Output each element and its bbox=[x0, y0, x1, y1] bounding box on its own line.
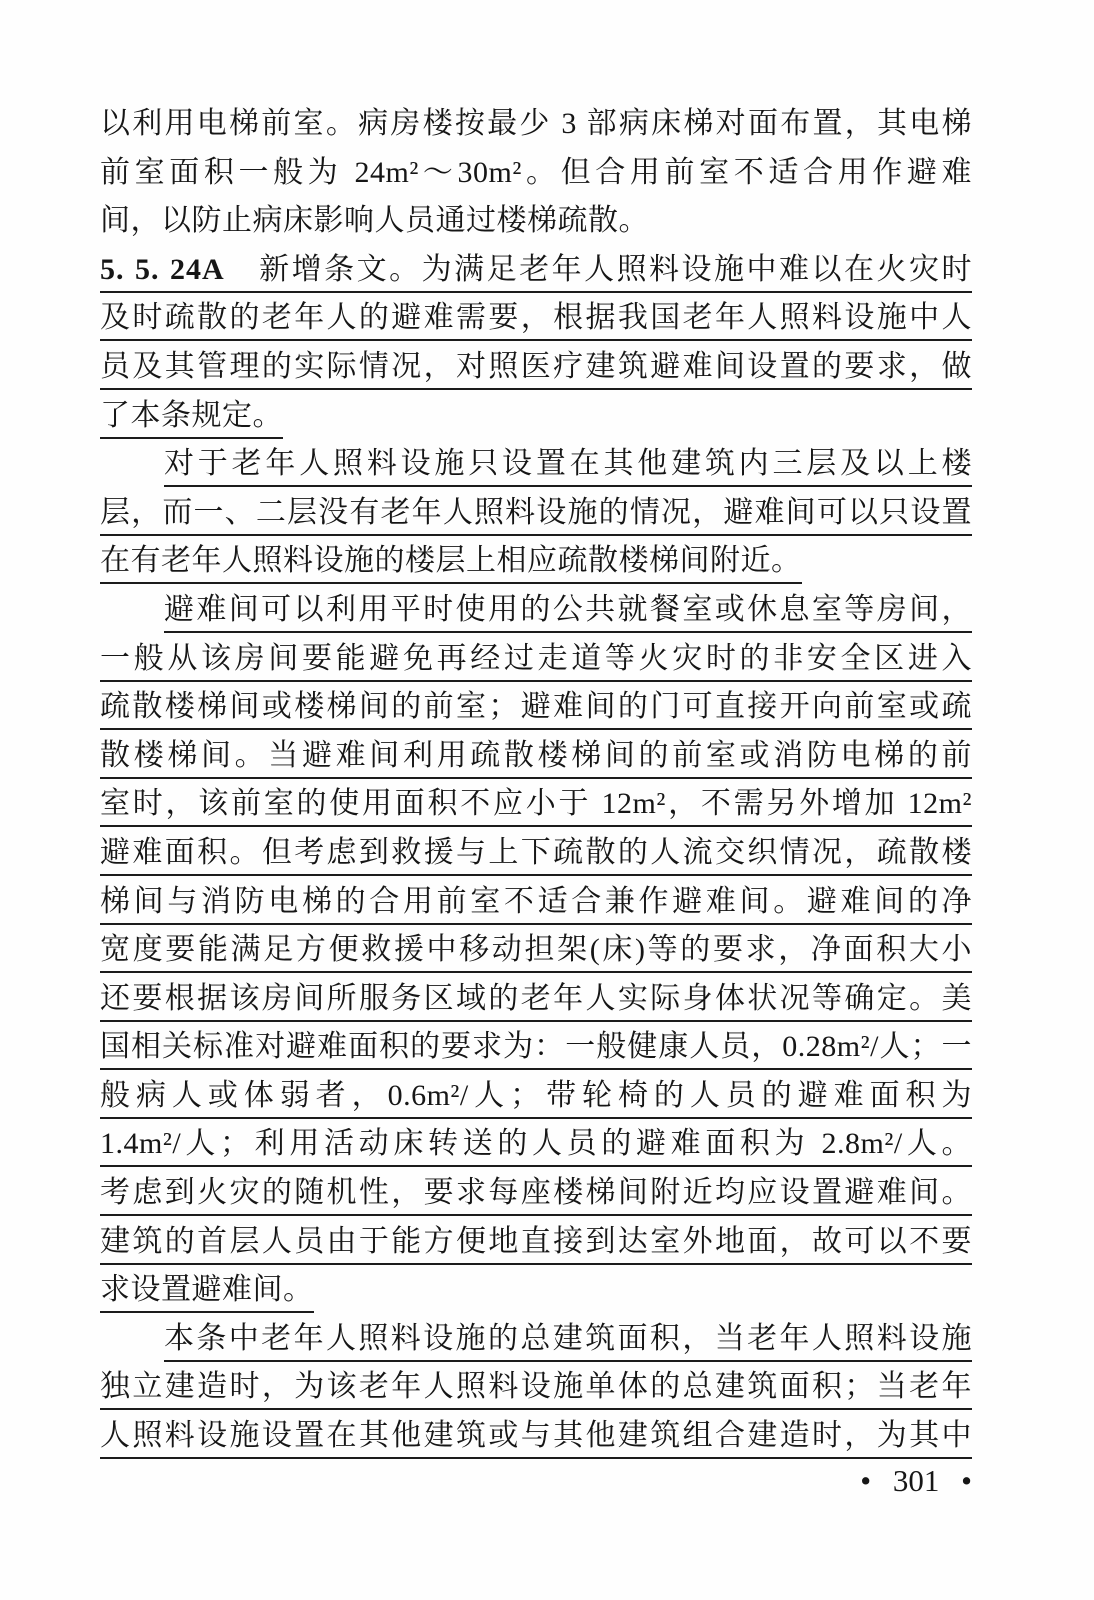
text-run: 前室面积一般为 24m²～30m²。但合用前室不适合用作避难 bbox=[100, 156, 972, 189]
text-line: 1.4m²/人；利用活动床转送的人员的避难面积为 2.8m²/人。 bbox=[100, 1120, 972, 1169]
underlined-text-run: 员及其管理的实际情况，对照医疗建筑避难间设置的要求，做 bbox=[100, 350, 972, 390]
text-line: 前室面积一般为 24m²～30m²。但合用前室不适合用作避难 bbox=[100, 149, 972, 198]
text-line: 梯间与消防电梯的合用前室不适合兼作避难间。避难间的净 bbox=[100, 878, 972, 927]
text-line: 散楼梯间。当避难间利用疏散楼梯间的前室或消防电梯的前 bbox=[100, 732, 972, 781]
text-line: 一般从该房间要能避免再经过走道等火灾时的非安全区进入 bbox=[100, 635, 972, 684]
underlined-text-run: 国相关标准对避难面积的要求为：一般健康人员，0.28m²/人；一 bbox=[100, 1030, 972, 1070]
section-number: 5. 5. 24A bbox=[100, 253, 225, 286]
text-line: 般病人或体弱者，0.6m²/人；带轮椅的人员的避难面积为 bbox=[100, 1072, 972, 1121]
underlined-text-run: 在有老年人照料设施的楼层上相应疏散楼梯间附近。 bbox=[100, 544, 802, 584]
text-block: 以利用电梯前室。病房楼按最少 3 部病床梯对面布置，其电梯前室面积一般为 24m… bbox=[100, 100, 972, 1461]
text-line: 对于老年人照料设施只设置在其他建筑内三层及以上楼 bbox=[100, 440, 972, 489]
underlined-text-run: 及时疏散的老年人的避难需要，根据我国老年人照料设施中人 bbox=[100, 301, 972, 341]
text-line: 在有老年人照料设施的楼层上相应疏散楼梯间附近。 bbox=[100, 537, 972, 586]
text-run: 以利用电梯前室。病房楼按最少 3 部病床梯对面布置，其电梯 bbox=[100, 107, 972, 140]
text-line: 员及其管理的实际情况，对照医疗建筑避难间设置的要求，做 bbox=[100, 343, 972, 392]
underlined-text-run: 建筑的首层人员由于能方便地直接到达室外地面，故可以不要 bbox=[100, 1225, 972, 1265]
underlined-text-run: 避难面积。但考虑到救援与上下疏散的人流交织情况，疏散楼 bbox=[100, 836, 972, 876]
underlined-text-run: 本条中老年人照料设施的总建筑面积，当老年人照料设施 bbox=[164, 1322, 972, 1362]
text-line: 独立建造时，为该老年人照料设施单体的总建筑面积；当老年 bbox=[100, 1363, 972, 1412]
underlined-text-run: 5. 5. 24A 新增条文。为满足老年人照料设施中难以在火灾时 bbox=[100, 253, 972, 293]
text-line: 以利用电梯前室。病房楼按最少 3 部病床梯对面布置，其电梯 bbox=[100, 100, 972, 149]
text-line: 考虑到火灾的随机性，要求每座楼梯间附近均应设置避难间。 bbox=[100, 1169, 972, 1218]
text-line: 避难间可以利用平时使用的公共就餐室或休息室等房间， bbox=[100, 586, 972, 635]
underlined-text-run: 1.4m²/人；利用活动床转送的人员的避难面积为 2.8m²/人。 bbox=[100, 1127, 972, 1167]
underlined-text-run: 层，而一、二层没有老年人照料设施的情况，避难间可以只设置 bbox=[100, 496, 972, 536]
text-line: 了本条规定。 bbox=[100, 392, 972, 441]
underlined-text-run: 室时，该前室的使用面积不应小于 12m²，不需另外增加 12m² bbox=[100, 787, 972, 827]
text-line: 宽度要能满足方便救援中移动担架(床)等的要求，净面积大小 bbox=[100, 926, 972, 975]
text-line: 疏散楼梯间或楼梯间的前室；避难间的门可直接开向前室或疏 bbox=[100, 683, 972, 732]
text-line: 室时，该前室的使用面积不应小于 12m²，不需另外增加 12m² bbox=[100, 780, 972, 829]
underlined-text-run: 疏散楼梯间或楼梯间的前室；避难间的门可直接开向前室或疏 bbox=[100, 690, 972, 730]
text-line: 建筑的首层人员由于能方便地直接到达室外地面，故可以不要 bbox=[100, 1218, 972, 1267]
underlined-text-run: 宽度要能满足方便救援中移动担架(床)等的要求，净面积大小 bbox=[100, 933, 972, 973]
underlined-text-run: 还要根据该房间所服务区域的老年人实际身体状况等确定。美 bbox=[100, 982, 972, 1022]
text-run: 间，以防止病床影响人员通过楼梯疏散。 bbox=[100, 204, 649, 237]
underlined-text-run: 求设置避难间。 bbox=[100, 1273, 314, 1313]
underlined-text-run: 独立建造时，为该老年人照料设施单体的总建筑面积；当老年 bbox=[100, 1370, 972, 1410]
text-line: 求设置避难间。 bbox=[100, 1266, 972, 1315]
underlined-text-run: 避难间可以利用平时使用的公共就餐室或休息室等房间， bbox=[164, 593, 972, 633]
text-line: 国相关标准对避难面积的要求为：一般健康人员，0.28m²/人；一 bbox=[100, 1023, 972, 1072]
underlined-text-run: 人照料设施设置在其他建筑或与其他建筑组合建造时，为其中 bbox=[100, 1419, 972, 1459]
text-line: 5. 5. 24A 新增条文。为满足老年人照料设施中难以在火灾时 bbox=[100, 246, 972, 295]
underlined-text-run: 一般从该房间要能避免再经过走道等火灾时的非安全区进入 bbox=[100, 642, 972, 682]
underlined-text-run: 般病人或体弱者，0.6m²/人；带轮椅的人员的避难面积为 bbox=[100, 1079, 972, 1119]
underlined-text-run: 对于老年人照料设施只设置在其他建筑内三层及以上楼 bbox=[164, 447, 972, 487]
underlined-text-run: 散楼梯间。当避难间利用疏散楼梯间的前室或消防电梯的前 bbox=[100, 739, 972, 779]
text-line: 及时疏散的老年人的避难需要，根据我国老年人照料设施中人 bbox=[100, 294, 972, 343]
underlined-text-run: 梯间与消防电梯的合用前室不适合兼作避难间。避难间的净 bbox=[100, 885, 972, 925]
page-number: • 301 • bbox=[100, 1461, 980, 1501]
document-page: 以利用电梯前室。病房楼按最少 3 部病床梯对面布置，其电梯前室面积一般为 24m… bbox=[0, 0, 1094, 1600]
underlined-text-run: 了本条规定。 bbox=[100, 399, 283, 439]
text-line: 避难面积。但考虑到救援与上下疏散的人流交织情况，疏散楼 bbox=[100, 829, 972, 878]
text-line: 层，而一、二层没有老年人照料设施的情况，避难间可以只设置 bbox=[100, 489, 972, 538]
text-line: 还要根据该房间所服务区域的老年人实际身体状况等确定。美 bbox=[100, 975, 972, 1024]
text-line: 本条中老年人照料设施的总建筑面积，当老年人照料设施 bbox=[100, 1315, 972, 1364]
text-line: 间，以防止病床影响人员通过楼梯疏散。 bbox=[100, 197, 972, 246]
underlined-text-run: 考虑到火灾的随机性，要求每座楼梯间附近均应设置避难间。 bbox=[100, 1176, 972, 1216]
text-line: 人照料设施设置在其他建筑或与其他建筑组合建造时，为其中 bbox=[100, 1412, 972, 1461]
